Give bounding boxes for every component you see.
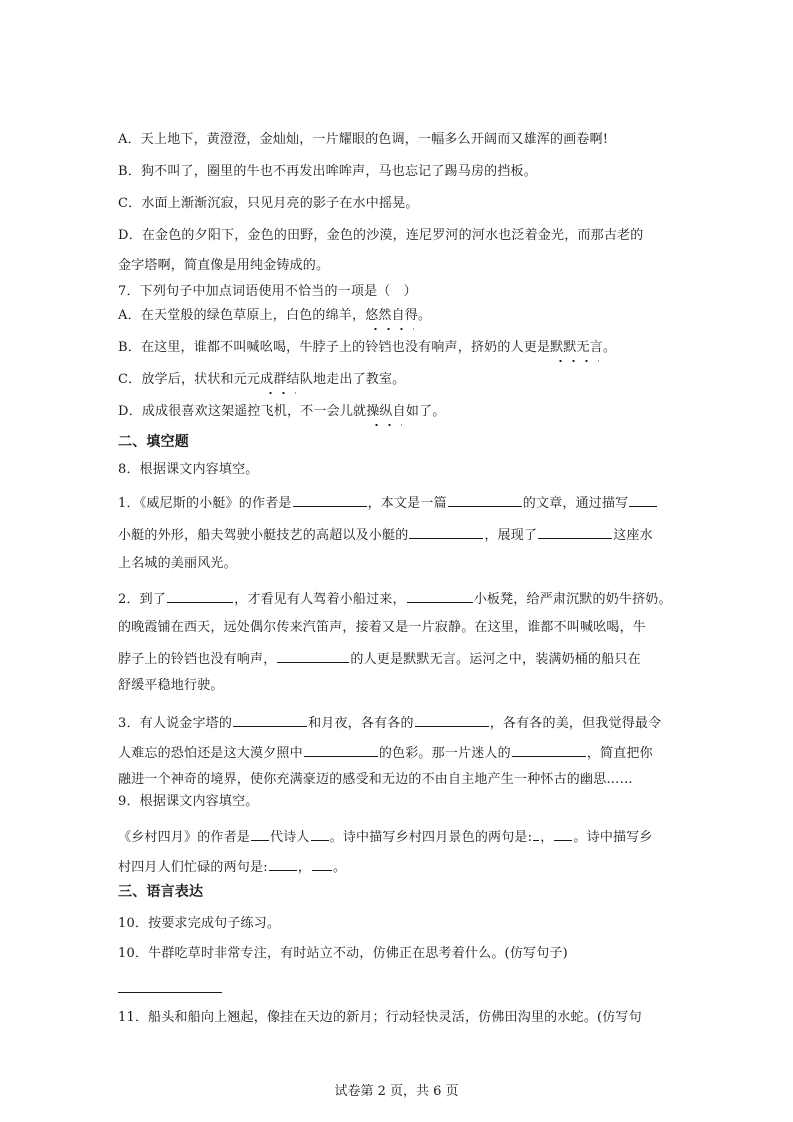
text: ，简直把你 — [587, 746, 653, 761]
fill-blank[interactable] — [415, 712, 489, 727]
fill-blank[interactable] — [554, 826, 572, 841]
answer-line[interactable] — [118, 992, 222, 993]
q6-option-d-line2: 金字塔啊，简直像是用纯金铸成的。 — [118, 256, 329, 276]
q7-option-b: B．在这里，谁都不叫喊吆喝，牛脖子上的铃铛也没有响声，挤奶的人更是默默无言。 — [118, 338, 616, 358]
text: 《乡村四月》的作者是 — [118, 830, 250, 845]
fill-blank[interactable] — [512, 742, 586, 757]
text: ， — [298, 860, 311, 875]
text: 脖子上的铃铛也没有响声， — [118, 652, 276, 667]
text: 的文章，通过描写 — [523, 496, 629, 511]
q8-1-line3: 上名城的美丽风光。 — [118, 554, 237, 574]
q8-3-line1: 3．有人说金字塔的和月夜，各有各的，各有各的美，但我觉得最令 — [118, 712, 661, 734]
fill-blank[interactable] — [251, 826, 269, 841]
fill-blank[interactable] — [293, 492, 367, 507]
text: 2．到了 — [118, 592, 166, 607]
fill-blank[interactable] — [538, 524, 612, 539]
q7-b-post: 。 — [603, 340, 616, 355]
section3-title: 三、语言表达 — [118, 882, 203, 902]
q7-d-pre: D．成成很喜欢这架遥控飞机，不一会儿就 — [118, 404, 366, 419]
q7-a-dotted-word: 悠然自得 — [365, 306, 418, 326]
text: 3．有人说金字塔的 — [118, 716, 232, 731]
q7-c-dotted-word: 成群结 — [260, 370, 300, 390]
q8-2-line3: 脖子上的铃铛也没有响声，的人更是默默无言。运河之中，装满奶桶的船只在 — [118, 648, 641, 670]
q8-2-line1: 2．到了，才看见有人驾着小船过来，小板凳，给严肃沉默的奶牛挤奶。 — [118, 588, 672, 610]
q7-b-dotted-word: 默默无言 — [550, 338, 603, 358]
text: ，各有各的美，但我觉得最令 — [490, 716, 662, 731]
fill-blank[interactable] — [277, 648, 349, 663]
q7-c-post: 队地走出了教室。 — [300, 372, 406, 387]
q8-1-line1: 1．《威尼斯的小艇》的作者是，本文是一篇的文章，通过描写 — [118, 492, 658, 514]
q7-stem: 7．下列句子中加点词语使用不恰当的一项是（ ） — [118, 282, 417, 302]
q6-option-b: B．狗不叫了，圈里的牛也不再发出哞哞声，马也忘记了踢马房的挡板。 — [118, 162, 537, 182]
text: 人难忘的恐怕还是这大漠夕照中 — [118, 746, 303, 761]
text: ，展现了 — [484, 528, 537, 543]
q7-option-c: C．放学后，状状和元元成群结队地走出了教室。 — [118, 370, 405, 390]
q7-a-post: 。 — [418, 308, 431, 323]
fill-blank[interactable] — [409, 524, 483, 539]
fill-blank[interactable] — [407, 588, 473, 603]
text: 代诗人 — [270, 830, 310, 845]
text: ，才看见有人驾着小船过来， — [234, 592, 406, 607]
q7-c-pre: C．放学后，状状和元元 — [118, 372, 260, 387]
q9-line1: 《乡村四月》的作者是代诗人。诗中描写乡村四月景色的两句是:，。诗中描写乡 — [118, 826, 653, 848]
q8-3-line3: 融进一个神奇的境界，使你充满豪迈的感受和无边的不由自主地产生一种怀古的幽思…… — [118, 770, 633, 790]
exam-page: A．天上地下，黄澄澄，金灿灿，一片耀眼的色调，一幅多么开阔而又雄浑的画卷啊! B… — [0, 0, 793, 1122]
text: ，本文是一篇 — [368, 496, 447, 511]
text: 村四月人们忙碌的两句是: — [118, 860, 268, 875]
q7-option-d: D．成成很喜欢这架遥控飞机，不一会儿就操纵自如了。 — [118, 402, 445, 422]
q8-2-line2: 的晚霞铺在西天，远处偶尔传来汽笛声，接着又是一片寂静。在这里，谁都不叫喊吆喝，牛 — [118, 618, 646, 638]
q7-b-pre: B．在这里，谁都不叫喊吆喝，牛脖子上的铃铛也没有响声，挤奶的人更是 — [118, 340, 550, 355]
section2-title: 二、填空题 — [118, 432, 189, 452]
q6-option-d-line1: D．在金色的夕阳下，金色的田野，金色的沙漠，连尼罗河的河水也泛着金光，而那古老的 — [118, 226, 643, 246]
text: 小艇的外形，船夫驾驶小艇技艺的高超以及小艇的 — [118, 528, 408, 543]
q11-item: 11．船头和船向上翘起，像挂在天边的新月；行动轻快灵活，仿佛田沟里的水蛇。(仿写… — [118, 1008, 642, 1028]
fill-blank[interactable] — [629, 492, 657, 507]
q8-2-line4: 舒缓平稳地行驶。 — [118, 676, 224, 696]
fill-blank[interactable] — [167, 588, 233, 603]
q6-option-a: A．天上地下，黄澄澄，金灿灿，一片耀眼的色调，一幅多么开阔而又雄浑的画卷啊! — [118, 130, 608, 150]
text: 1．《威尼斯的小艇》的作者是 — [118, 496, 292, 511]
page-footer: 试卷第 2 页，共 6 页 — [0, 1080, 793, 1099]
text: 。 — [333, 860, 346, 875]
q10-item: 10．牛群吃草时非常专注，有时站立不动，仿佛正在思考着什么。(仿写句子) — [118, 944, 568, 964]
text: 的人更是默默无言。运河之中，装满奶桶的船只在 — [350, 652, 640, 667]
text: 的色彩。那一片迷人的 — [379, 746, 511, 761]
q7-d-post: 如了。 — [406, 404, 446, 419]
fill-blank[interactable] — [312, 856, 332, 871]
text: 小板凳，给严肃沉默的奶牛挤奶。 — [474, 592, 672, 607]
q8-stem: 8．根据课文内容填空。 — [118, 460, 258, 480]
q7-a-pre: A．在天堂般的绿色草原上，白色的绵羊， — [118, 308, 365, 323]
q10-stem: 10．按要求完成句子练习。 — [118, 914, 280, 934]
q7-option-a: A．在天堂般的绿色草原上，白色的绵羊，悠然自得。 — [118, 306, 431, 326]
q8-3-line2: 人难忘的恐怕还是这大漠夕照中的色彩。那一片迷人的，简直把你 — [118, 742, 653, 764]
text: ， — [540, 830, 553, 845]
q8-1-line2: 小艇的外形，船夫驾驶小艇技艺的高超以及小艇的，展现了这座水 — [118, 524, 653, 546]
q9-line2: 村四月人们忙碌的两句是:，。 — [118, 856, 346, 878]
q6-option-c: C．水面上渐渐沉寂，只见月亮的影子在水中摇晃。 — [118, 194, 419, 214]
fill-blank[interactable] — [311, 826, 329, 841]
fill-blank[interactable] — [448, 492, 522, 507]
q7-d-dotted-word: 操纵自 — [366, 402, 406, 422]
text: 和月夜，各有各的 — [308, 716, 414, 731]
fill-blank[interactable] — [304, 742, 378, 757]
fill-blank[interactable] — [269, 856, 297, 871]
fill-blank[interactable] — [533, 826, 539, 841]
text: 这座水 — [613, 528, 653, 543]
text: 。诗中描写乡村四月景色的两句是: — [330, 830, 533, 845]
text: 。诗中描写乡 — [573, 830, 652, 845]
q9-stem: 9．根据课文内容填空。 — [118, 792, 258, 812]
fill-blank[interactable] — [233, 712, 307, 727]
